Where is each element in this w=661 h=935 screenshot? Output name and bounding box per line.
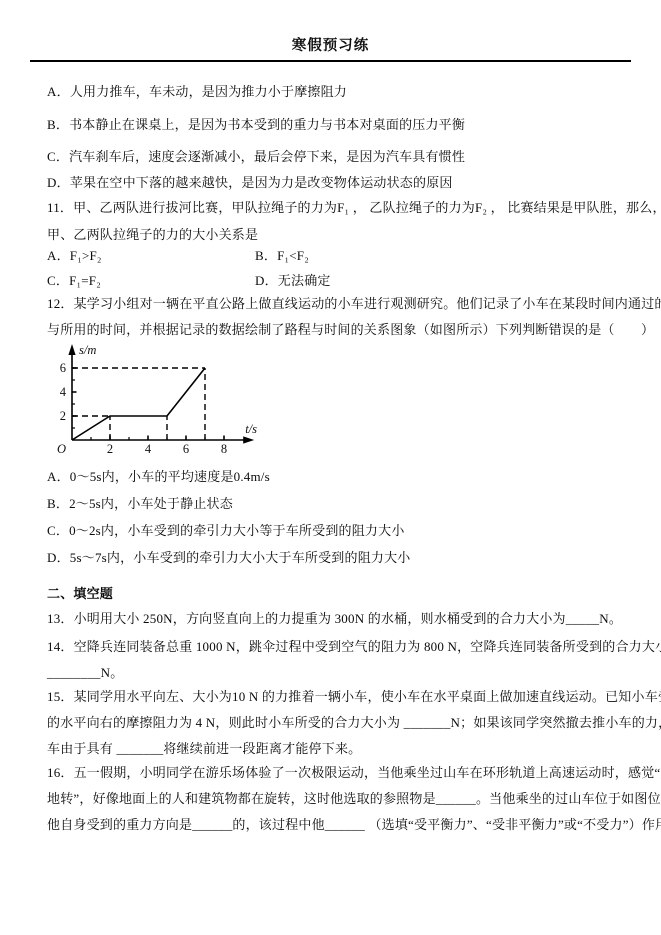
svg-text:2: 2 [60,409,66,423]
q12-option-b: B．2～5s内，小车处于静止状态 [47,495,233,512]
svg-text:t/s: t/s [245,422,257,436]
q15-line1: 15．某同学用水平向左、大小为10 N 的力推着一辆小车，使小车在水平桌面上做加… [47,688,661,705]
q11-option-d: D．无法确定 [255,272,331,289]
q13-line1: 13．小明用大小 250N，方向竖直向上的力提重为 300N 的水桶，则水桶受到… [47,610,622,627]
svg-text:8: 8 [221,442,227,456]
q14-line1: 14．空降兵连同装备总重 1000 N，跳伞过程中受到空气的阻力为 800 N，… [47,638,661,655]
svg-text:O: O [57,442,66,456]
q16-line1: 16．五一假期，小明同学在游乐场体验了一次极限运动，当他乘坐过山车在环形轨道上高… [47,764,661,781]
q12-option-c: C．0～2s内，小车受到的牵引力大小等于车所受到的阻力大小 [47,522,405,539]
svg-text:6: 6 [183,442,189,456]
q11-option-c: C．F₁=F₂ [47,272,101,289]
svg-text:4: 4 [60,385,67,399]
page-title: 寒假预习练 [0,38,661,55]
distance-time-graph: 2468246s/mt/sO [42,343,292,461]
q11-option-a: A．F₁>F₂ [47,247,102,264]
st-graph-svg: 2468246s/mt/sO [42,343,292,461]
q14-line2: ________N。 [47,664,123,681]
worksheet-page: 寒假预习练 A．人用力推车，车未动，是因为推力小于摩擦阻力 B．书本静止在课桌上… [0,0,661,935]
q11-option-b: B．F₁<F₂ [255,247,309,264]
q15-line3: 车由于具有 _______将继续前进一段距离才能停下来。 [47,740,361,757]
header-divider [30,60,631,62]
section2-heading: 二、填空题 [47,585,113,602]
q10-option-d: D．苹果在空中下落的越来越快，是因为力是改变物体运动状态的原因 [47,174,453,191]
q12-line2: 与所用的时间，并根据记录的数据绘制了路程与时间的关系图象（如图所示）下列判断错误… [47,321,654,338]
svg-text:6: 6 [60,361,66,375]
svg-text:4: 4 [145,442,152,456]
svg-text:s/m: s/m [79,343,96,357]
q16-line2: 地转”，好像地面上的人和建筑物都在旋转，这时他选取的参照物是______。当他乘… [47,790,661,807]
q11-line2: 甲、乙两队拉绳子的力的大小关系是 [47,226,258,243]
q15-line2: 的水平向右的摩擦阻力为 4 N，则此时小车所受的合力大小为 _______N；如… [47,714,661,731]
q12-option-a: A．0～5s内，小车的平均速度是0.4m/s [47,468,270,485]
svg-text:2: 2 [107,442,113,456]
q10-option-c: C．汽车刹车后，速度会逐渐减小，最后会停下来，是因为汽车具有惯性 [47,148,465,165]
q12-option-d: D．5s～7s内，小车受到的牵引力大小大于车所受到的阻力大小 [47,549,411,566]
q10-option-a: A．人用力推车，车未动，是因为推力小于摩擦阻力 [47,83,347,100]
q12-line1: 12．某学习小组对一辆在平直公路上做直线运动的小车进行观测研究。他们记录了小车在… [47,295,661,312]
q16-line3: 他自身受到的重力方向是______的，该过程中他______ （选填“受平衡力”… [47,816,661,833]
q10-option-b: B．书本静止在课桌上，是因为书本受到的重力与书本对桌面的压力平衡 [47,116,465,133]
q11-line1: 11．甲、乙两队进行拔河比赛，甲队拉绳子的力为F₁ ， 乙队拉绳子的力为F₂ ，… [47,199,661,216]
